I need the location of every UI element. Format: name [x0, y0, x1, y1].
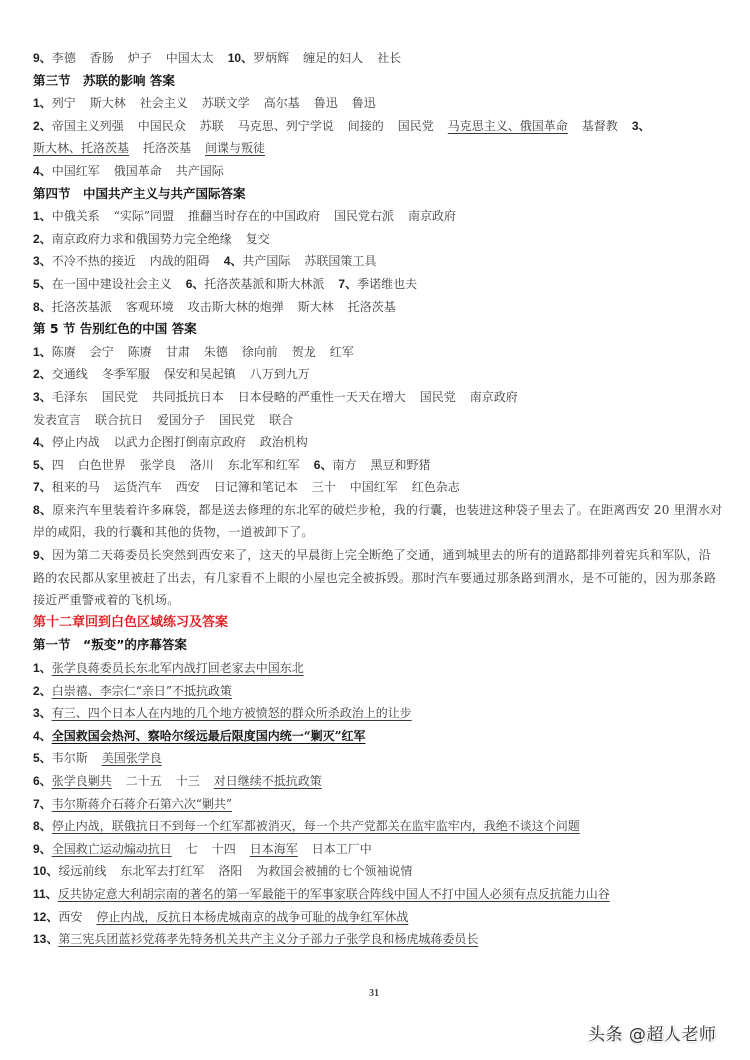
item-number: 2、 [33, 119, 52, 133]
answer-term: 俄国革命 [114, 164, 162, 178]
item-number: 8、 [33, 300, 52, 314]
answer-term: 保安和吴起镇 [164, 367, 236, 381]
answer-term: 租来的马 [52, 480, 100, 494]
paragraph-text: 因为第二天蒋委员长突然到西安来了，这天的早晨街上完全断绝了交通，通到城里去的所有… [33, 548, 716, 607]
underlined-answer: 张学良蒋委员长东北军内战打回老家去中国东北 [52, 661, 304, 675]
section-heading: 第一节 “叛变”的序幕答案 [33, 634, 723, 657]
underlined-answer: 全国救国会热河、察哈尔绥远最后限度国内统一“剿灭”红军 [52, 729, 366, 743]
section-heading: 第 5 节 告别红色的中国 答案 [33, 318, 723, 341]
answer-line: 12、西安停止内战，反抗日本杨虎城南京的战争可耻的战争红军休战 [33, 906, 723, 929]
item-number: 10、 [33, 864, 58, 878]
answer-term: 国民党 [219, 413, 255, 427]
answer-term: 炉子 [128, 51, 152, 65]
answer-term: 托洛茨基 [348, 300, 396, 314]
underlined-answer: 停止内战，联俄抗日不到每一个红军都被消灭，每一个共产党都关在监牢监牢内，我绝不谈… [52, 819, 580, 833]
answer-line: 斯大林、托洛茨基托洛茨基间谍与叛徒 [33, 137, 723, 160]
answer-term: 攻击斯大林的炮弹 [188, 300, 284, 314]
answer-line: 2、白崇禧、李宗仁“亲日”不抵抗政策 [33, 680, 723, 703]
item-number: 8、 [33, 819, 52, 833]
answer-line: 3、有三、四个日本人在内地的几个地方被愤怒的群众所杀政治上的让步 [33, 702, 723, 725]
answer-term: 季诺维也夫 [357, 277, 417, 291]
answer-term: 爱国分子 [157, 413, 205, 427]
item-number: 3、 [33, 706, 52, 720]
answer-term: 陈赓 [52, 345, 76, 359]
item-number: 8、 [33, 503, 52, 517]
answer-term: 运货汽车 [114, 480, 162, 494]
answer-line: 1、陈赓会宁陈赓甘肃朱德徐向前贺龙红军 [33, 341, 723, 364]
underlined-answer: 反共协定意大利胡宗南的著名的第一军最能干的军事家联合阵线中国人不打中国人必须有点… [58, 887, 610, 901]
answer-term: 共同抵抗日本 [152, 390, 224, 404]
underlined-answer: 斯大林、托洛茨基 [33, 141, 129, 155]
underlined-answer: 全国救亡运动煽动抗日 [52, 842, 172, 856]
answer-term: 复交 [246, 232, 270, 246]
answer-term: 南京政府 [408, 209, 456, 223]
underlined-answer: 韦尔斯蒋介石蒋介石第六次“剿共” [52, 797, 232, 811]
answer-term: 西安 [58, 910, 82, 924]
item-number: 5、 [33, 751, 52, 765]
answer-line: 5、在一国中建设社会主义6、托洛茨基派和斯大林派7、季诺维也夫 [33, 273, 723, 296]
answer-line: 1、列宁斯大林社会主义苏联文学高尔基鲁迅鲁迅 [33, 92, 723, 115]
item-number: 13、 [33, 932, 58, 946]
answer-term: 国民党 [398, 119, 434, 133]
answer-term: 内战的阻碍 [150, 254, 210, 268]
answer-term: “实际”同盟 [114, 209, 174, 223]
answer-term: 不冷不热的接近 [52, 254, 136, 268]
underlined-answer: 日本海军 [250, 842, 298, 856]
answer-term: 南方 [332, 458, 356, 472]
item-number: 2、 [33, 367, 52, 381]
answer-term: 国民党 [420, 390, 456, 404]
answer-term: 香肠 [90, 51, 114, 65]
answer-line: 5、四白色世界张学良洛川东北军和红军6、南方黑豆和野猪 [33, 454, 723, 477]
answer-term: 冬季军服 [102, 367, 150, 381]
answer-term: 洛川 [190, 458, 214, 472]
answer-term: 在一国中建设社会主义 [52, 277, 172, 291]
item-number: 6、 [186, 277, 205, 291]
item-number: 1、 [33, 96, 52, 110]
section-heading: 第三节 苏联的影响 答案 [33, 70, 723, 93]
item-number: 5、 [33, 458, 52, 472]
answer-term: 托洛茨基派 [52, 300, 112, 314]
answer-line: 2、交通线冬季军服保安和吴起镇八万到九万 [33, 363, 723, 386]
answer-term: 缠足的妇人 [303, 51, 363, 65]
answer-line: 发表宣言联合抗日爱国分子国民党联合 [33, 409, 723, 432]
item-number: 7、 [338, 277, 357, 291]
underlined-answer: 马克思主义、俄国革命 [448, 119, 568, 133]
answer-paragraph: 9、因为第二天蒋委员长突然到西安来了，这天的早晨街上完全断绝了交通，通到城里去的… [33, 544, 723, 612]
item-number: 11、 [33, 887, 58, 901]
answer-term: 甘肃 [166, 345, 190, 359]
answer-term: 中国太太 [166, 51, 214, 65]
answer-term: 政治机构 [260, 435, 308, 449]
answer-line: 7、租来的马运货汽车西安日记簿和笔记本三十中国红军红色杂志 [33, 476, 723, 499]
answer-term: 红军 [330, 345, 354, 359]
answer-term: 发表宣言 [33, 413, 81, 427]
answer-term: 韦尔斯 [52, 751, 88, 765]
answer-term: 联合抗日 [95, 413, 143, 427]
item-number: 4、 [33, 729, 52, 743]
answer-term: 毛泽东 [52, 390, 88, 404]
item-number: 9、 [33, 548, 52, 562]
chapter-heading: 第十二章回到白色区域练习及答案 [33, 612, 723, 635]
answer-term: 徐向前 [242, 345, 278, 359]
answer-term: 苏联文学 [202, 96, 250, 110]
answer-line: 13、第三宪兵团蓝衫党蒋孝先特务机关共产主义分子部力子张学良和杨虎城蒋委员长 [33, 928, 723, 951]
item-number: 1、 [33, 209, 52, 223]
item-number: 7、 [33, 480, 52, 494]
answer-term: 日本侵略的严重性一天天在增大 [238, 390, 406, 404]
answer-term: 十三 [176, 774, 200, 788]
underlined-answer: 停止内战，反抗日本杨虎城南京的战争可耻的战争红军休战 [96, 910, 408, 924]
answer-line: 2、帝国主义列强中国民众苏联马克思、列宁学说间接的国民党马克思主义、俄国革命基督… [33, 115, 723, 138]
answer-term: 社会主义 [140, 96, 188, 110]
answer-term: 黑豆和野猪 [370, 458, 430, 472]
answer-line: 6、张学良剿共二十五十三对日继续不抵抗政策 [33, 770, 723, 793]
underlined-answer: 第三宪兵团蓝衫党蒋孝先特务机关共产主义分子部力子张学良和杨虎城蒋委员长 [58, 932, 478, 946]
answer-term: 会宁 [90, 345, 114, 359]
item-number: 6、 [314, 458, 333, 472]
answer-term: 鲁迅 [352, 96, 376, 110]
item-number: 3、 [632, 119, 651, 133]
answer-term: 社长 [377, 51, 401, 65]
answer-term: 中俄关系 [52, 209, 100, 223]
item-number: 4、 [33, 164, 52, 178]
answer-term: 罗炳辉 [253, 51, 289, 65]
answer-term: 苏联国策工具 [304, 254, 376, 268]
item-number: 5、 [33, 277, 52, 291]
underlined-answer: 白崇禧、李宗仁“亲日”不抵抗政策 [52, 684, 232, 698]
answer-term: 中国红军 [52, 164, 100, 178]
answer-term: 三十 [312, 480, 336, 494]
answer-term: 为救国会被捕的七个领袖说情 [256, 864, 412, 878]
answer-term: 中国红军 [350, 480, 398, 494]
section-heading: 第四节 中国共产主义与共产国际答案 [33, 183, 723, 206]
answer-term: 陈赓 [128, 345, 152, 359]
document-page: 9、李德香肠炉子中国太太10、罗炳辉缠足的妇人社长第三节 苏联的影响 答案1、列… [33, 47, 723, 951]
answer-term: 交通线 [52, 367, 88, 381]
answer-line: 3、毛泽东国民党共同抵抗日本日本侵略的严重性一天天在增大国民党南京政府 [33, 386, 723, 409]
answer-term: 绥远前线 [58, 864, 106, 878]
answer-term: 东北军去打红军 [120, 864, 204, 878]
underlined-answer: 对日继续不抵抗政策 [214, 774, 322, 788]
answer-line: 9、全国救亡运动煽动抗日七十四日本海军日本工厂中 [33, 838, 723, 861]
underlined-answer: 间谍与叛徒 [205, 141, 265, 155]
answer-term: 白色世界 [78, 458, 126, 472]
answer-term: 李德 [52, 51, 76, 65]
answer-line: 8、停止内战，联俄抗日不到每一个红军都被消灭，每一个共产党都关在监牢监牢内，我绝… [33, 815, 723, 838]
item-number: 2、 [33, 232, 52, 246]
answer-line: 4、中国红军俄国革命共产国际 [33, 160, 723, 183]
answer-term: 共产国际 [242, 254, 290, 268]
answer-term: 南京政府力求和俄国势力完全绝缘 [52, 232, 232, 246]
answer-term: 鲁迅 [314, 96, 338, 110]
answer-term: 联合 [269, 413, 293, 427]
item-number: 4、 [224, 254, 243, 268]
answer-line: 4、停止内战以武力企图打倒南京政府政治机构 [33, 431, 723, 454]
answer-paragraph: 8、原来汽车里装着许多麻袋，都是送去修理的东北军的破烂步枪，我的行囊，也装进这种… [33, 499, 723, 544]
answer-term: 日记簿和笔记本 [214, 480, 298, 494]
answer-term: 东北军和红军 [228, 458, 300, 472]
item-number: 7、 [33, 797, 52, 811]
answer-line: 5、韦尔斯美国张学良 [33, 747, 723, 770]
answer-line: 1、张学良蒋委员长东北军内战打回老家去中国东北 [33, 657, 723, 680]
answer-term: 基督教 [582, 119, 618, 133]
answer-term: 国民党 [102, 390, 138, 404]
answer-term: 红色杂志 [412, 480, 460, 494]
answer-term: 以武力企图打倒南京政府 [114, 435, 246, 449]
answer-term: 七 [186, 842, 198, 856]
answer-term: 二十五 [126, 774, 162, 788]
item-number: 2、 [33, 684, 52, 698]
answer-line: 1、中俄关系“实际”同盟推翻当时存在的中国政府国民党右派南京政府 [33, 205, 723, 228]
answer-term: 十四 [212, 842, 236, 856]
answer-line: 2、南京政府力求和俄国势力完全绝缘复交 [33, 228, 723, 251]
answer-term: 斯大林 [90, 96, 126, 110]
item-number: 12、 [33, 910, 58, 924]
item-number: 9、 [33, 842, 52, 856]
paragraph-text: 原来汽车里装着许多麻袋，都是送去修理的东北军的破烂步枪，我的行囊，也装进这种袋子… [33, 503, 722, 540]
answer-term: 托洛茨基 [143, 141, 191, 155]
item-number: 1、 [33, 661, 52, 675]
answer-term: 共产国际 [176, 164, 224, 178]
answer-term: 西安 [176, 480, 200, 494]
item-number: 6、 [33, 774, 52, 788]
answer-term: 洛阳 [218, 864, 242, 878]
answer-term: 日本工厂中 [312, 842, 372, 856]
underlined-answer: 美国张学良 [102, 751, 162, 765]
answer-line: 3、不冷不热的接近内战的阻碍4、共产国际苏联国策工具 [33, 250, 723, 273]
item-number: 9、 [33, 51, 52, 65]
answer-line: 8、托洛茨基派客观环境攻击斯大林的炮弹斯大林托洛茨基 [33, 296, 723, 319]
answer-term: 南京政府 [470, 390, 518, 404]
item-number: 4、 [33, 435, 52, 449]
underlined-answer: 有三、四个日本人在内地的几个地方被愤怒的群众所杀政治上的让步 [52, 706, 412, 720]
answer-term: 贺龙 [292, 345, 316, 359]
answer-term: 间接的 [348, 119, 384, 133]
watermark: 头条 @超人老师 [588, 1020, 716, 1045]
answer-term: 国民党右派 [334, 209, 394, 223]
answer-term: 四 [52, 458, 64, 472]
answer-term: 苏联 [200, 119, 224, 133]
answer-term: 高尔基 [264, 96, 300, 110]
answer-line: 9、李德香肠炉子中国太太10、罗炳辉缠足的妇人社长 [33, 47, 723, 70]
answer-term: 停止内战 [52, 435, 100, 449]
answer-term: 张学良 [140, 458, 176, 472]
item-number: 3、 [33, 254, 52, 268]
answer-line: 7、韦尔斯蒋介石蒋介石第六次“剿共” [33, 793, 723, 816]
item-number: 3、 [33, 390, 52, 404]
answer-term: 帝国主义列强 [52, 119, 124, 133]
answer-term: 朱德 [204, 345, 228, 359]
page-number: 31 [369, 988, 379, 999]
answer-term: 推翻当时存在的中国政府 [188, 209, 320, 223]
answer-term: 列宁 [52, 96, 76, 110]
answer-term: 托洛茨基派和斯大林派 [204, 277, 324, 291]
answer-term: 马克思、列宁学说 [238, 119, 334, 133]
answer-term: 八万到九万 [250, 367, 310, 381]
answer-line: 11、反共协定意大利胡宗南的著名的第一军最能干的军事家联合阵线中国人不打中国人必… [33, 883, 723, 906]
answer-line: 4、全国救国会热河、察哈尔绥远最后限度国内统一“剿灭”红军 [33, 725, 723, 748]
answer-term: 客观环境 [126, 300, 174, 314]
underlined-answer: 张学良剿共 [52, 774, 112, 788]
item-number: 10、 [228, 51, 253, 65]
item-number: 1、 [33, 345, 52, 359]
answer-term: 斯大林 [298, 300, 334, 314]
answer-line: 10、绥远前线东北军去打红军洛阳为救国会被捕的七个领袖说情 [33, 860, 723, 883]
answer-term: 中国民众 [138, 119, 186, 133]
